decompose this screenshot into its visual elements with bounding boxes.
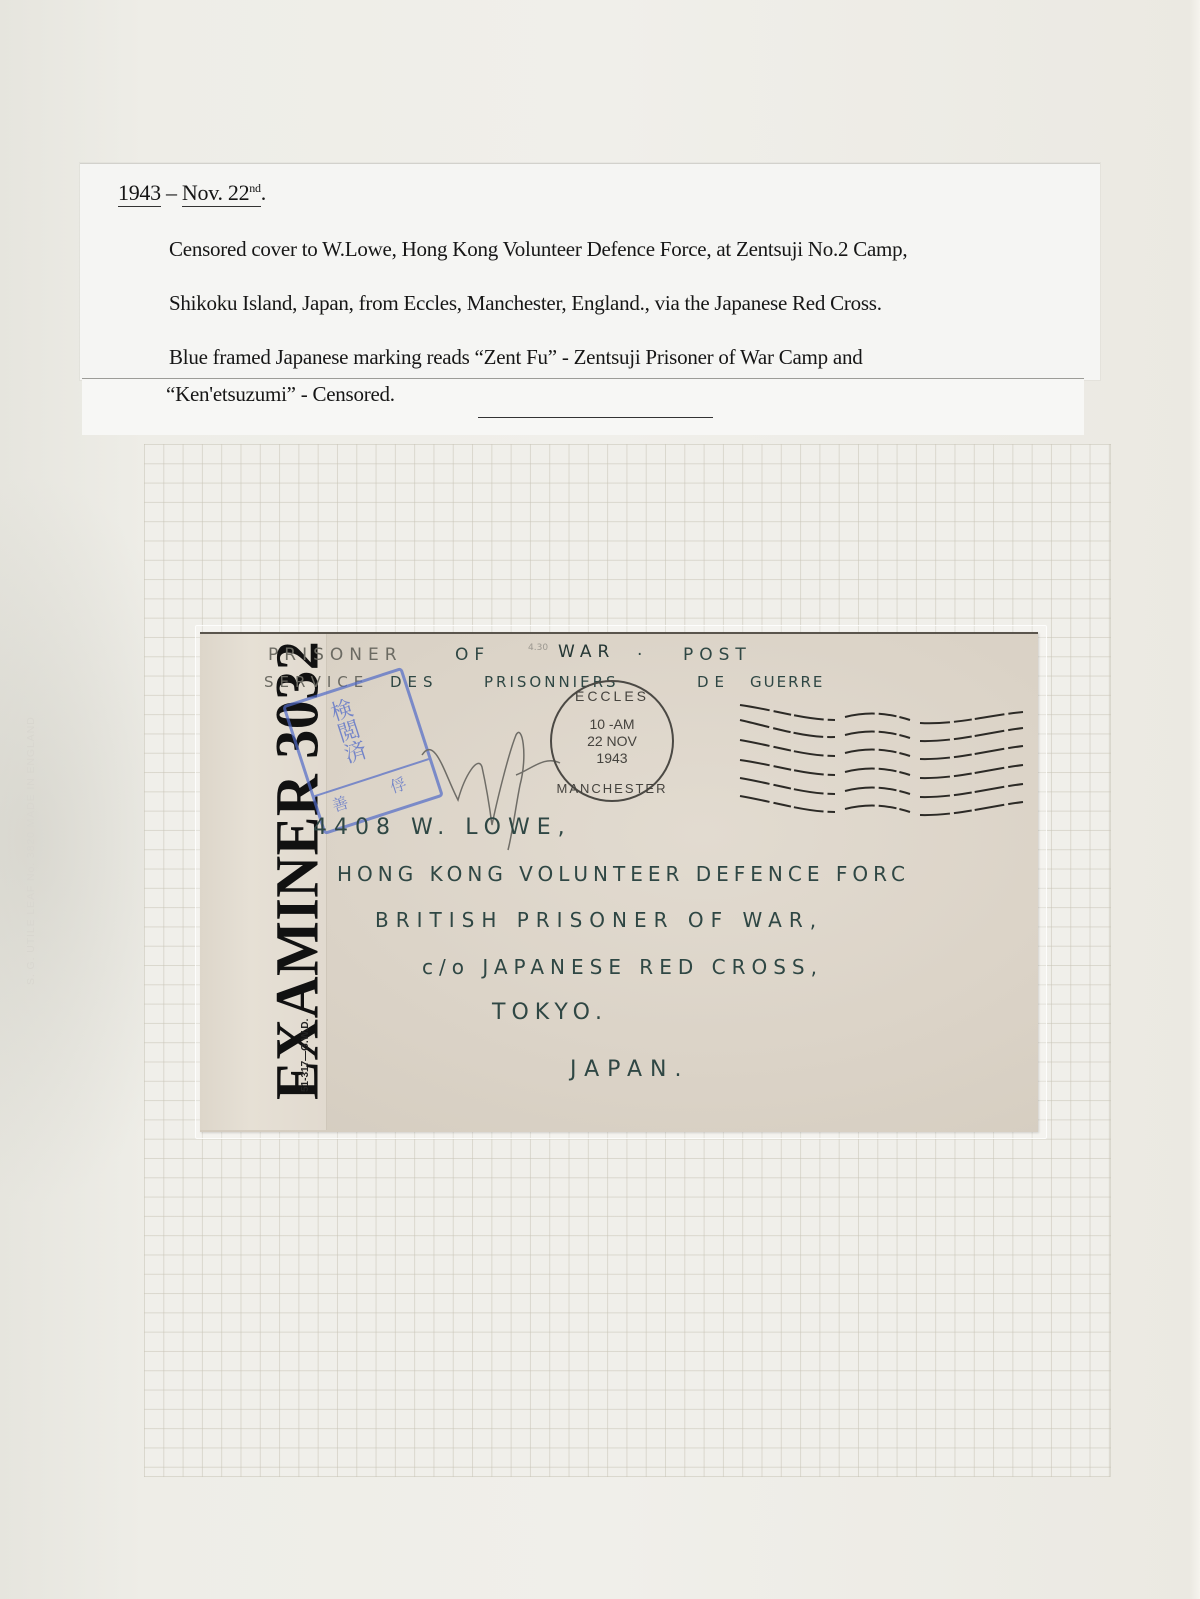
- page-imprint: S. G. UTILE LEAF No. 3820 MADE IN ENGLAN…: [25, 716, 37, 985]
- postmark-town: ECCLES: [552, 688, 672, 704]
- description-line-4: “Ken'etsuzumi” - Censored.: [166, 382, 395, 407]
- header-word-de: DE: [697, 673, 730, 691]
- description-date-heading: 1943 – Nov. 22nd.: [118, 180, 266, 206]
- page-edge: [1190, 0, 1200, 1599]
- machine-cancellation-wavy-lines: [735, 690, 1025, 820]
- header-word-post: POST: [683, 645, 752, 665]
- heading-date: Nov. 22nd: [182, 180, 261, 207]
- address-line-name: 4408 W. LOWE,: [313, 815, 572, 840]
- cachet-characters: 検閲済: [324, 696, 367, 766]
- description-rule: [478, 417, 713, 418]
- address-line-status: BRITISH PRISONER OF WAR,: [375, 908, 823, 932]
- header-word-guerre: GUERRE: [750, 673, 824, 691]
- postmark-time: 10 -AM: [552, 716, 672, 733]
- header-word-prisoner: PRISONER: [268, 645, 403, 665]
- header-word-dot: .: [637, 640, 648, 660]
- heading-dash: –: [161, 180, 182, 205]
- postmark-city: MANCHESTER: [552, 781, 672, 796]
- address-line-city: TOKYO.: [492, 1000, 608, 1025]
- header-word-of: OF: [455, 645, 490, 665]
- description-line-2: Shikoku Island, Japan, from Eccles, Manc…: [169, 291, 882, 316]
- eccles-postmark: ECCLES 10 -AM 22 NOV 1943 MANCHESTER: [550, 680, 674, 802]
- description-line-3: Blue framed Japanese marking reads “Zent…: [169, 345, 862, 370]
- heading-year: 1943: [118, 180, 161, 207]
- description-line-1: Censored cover to W.Lowe, Hong Kong Volu…: [169, 237, 907, 262]
- address-line-unit: HONG KONG VOLUNTEER DEFENCE FORC: [337, 862, 910, 886]
- address-line-country: JAPAN.: [570, 1057, 690, 1082]
- postmark-year: 1943: [552, 750, 672, 767]
- address-line-care-of: c/o JAPANESE RED CROSS,: [422, 955, 823, 979]
- censor-form-code: 51-317—G.W.D.: [300, 1019, 311, 1092]
- postmark-date: 22 NOV: [552, 733, 672, 750]
- header-word-war: WAR: [558, 642, 615, 662]
- pencil-note: 4.30: [528, 643, 548, 653]
